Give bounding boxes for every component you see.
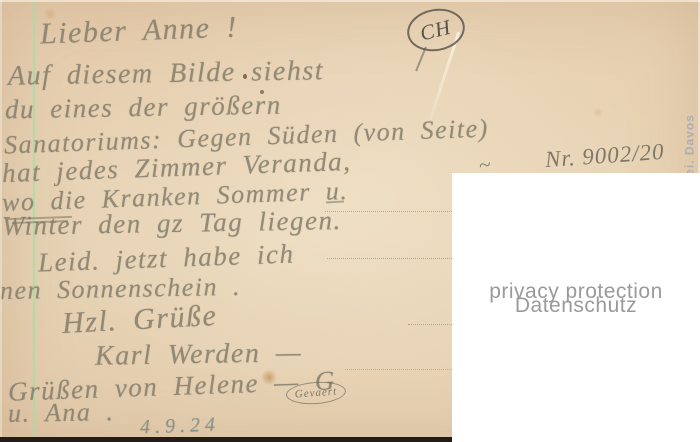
scan-bottom-edge [0,437,453,442]
pencil-stroke [415,47,427,72]
address-dotted-line [327,258,452,259]
address-dotted-line [325,211,452,212]
paper-brand-stamp-text: Gevaert [294,386,337,401]
address-dotted-line [345,369,452,370]
scan-edge-highlight [0,0,2,442]
postcard-back-scan: rei. Davos CH ~ Nr. 9002/20 Lieber Anne … [0,0,700,442]
stain-spot [592,108,604,117]
publisher-stamp-vertical: rei. Davos [683,86,698,182]
handwriting-line: Auf diesem Bilde siehst [8,55,325,93]
address-dotted-line [408,324,452,325]
handwriting-line: Winter den gz Tag liegen. [2,205,342,242]
handwriting-line: Hzl. Grüße [61,299,218,341]
handwriting-date: 4.9.24 [140,414,221,440]
privacy-overlay: privacy protection Datenschutz [452,173,700,442]
privacy-overlay-text: privacy protection Datenschutz [452,285,700,313]
scan-edge-highlight [0,0,700,2]
handwriting-line: Lieber Anne ! [39,11,238,52]
handwriting-line: u. Ana . [8,397,115,429]
country-mark-oval: CH [404,4,468,55]
handwriting-line: du eines der größern [5,90,282,126]
country-mark-text: CH [418,14,454,46]
catalog-number: Nr. 9002/20 [544,139,665,173]
